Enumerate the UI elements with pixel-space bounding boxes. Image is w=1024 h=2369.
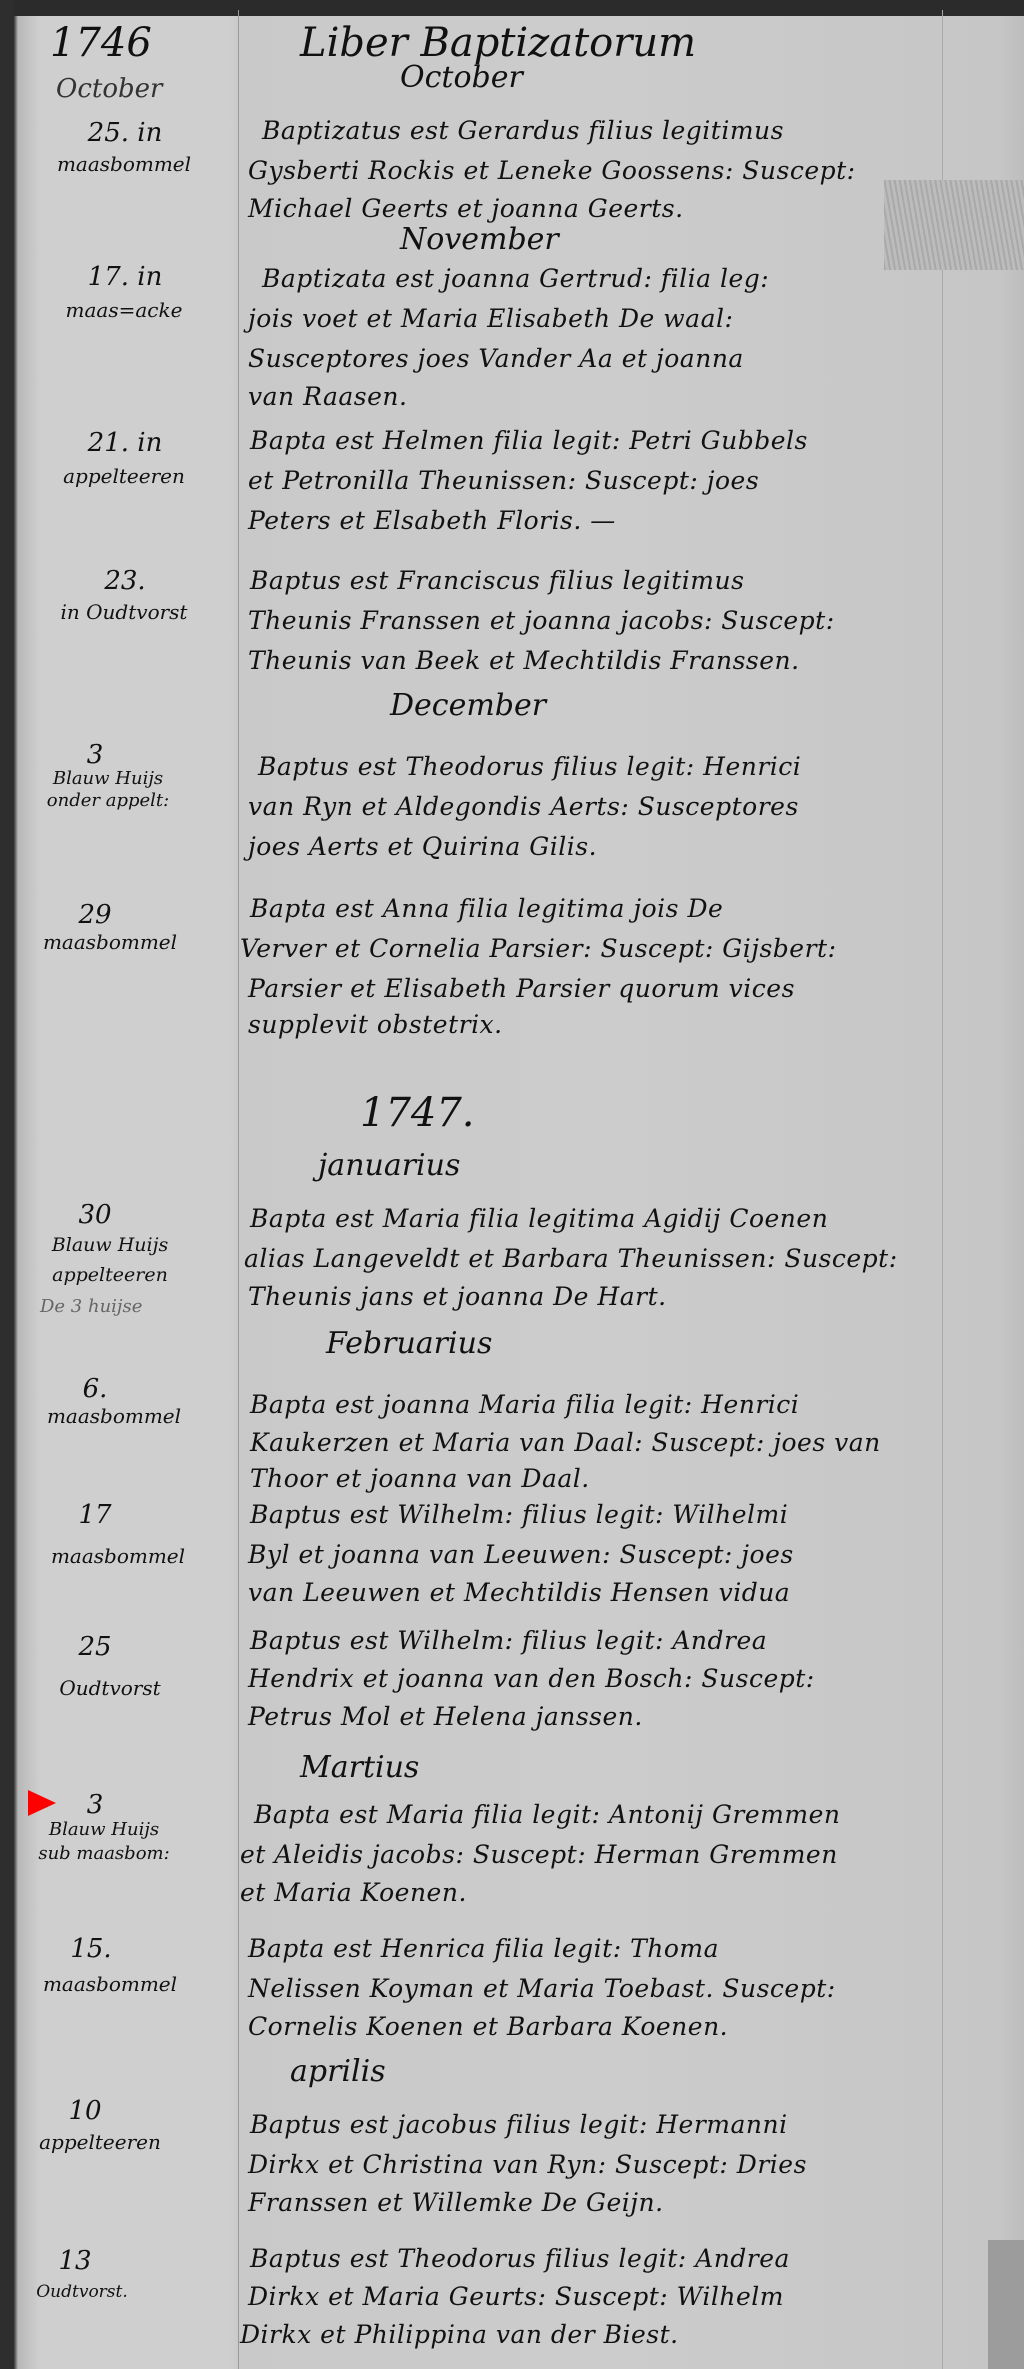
entry-date: 17 [0, 1500, 200, 1530]
entry-line: Gysberti Rockis et Leneke Goossens: Susc… [248, 156, 856, 185]
entry-place-note: De 3 huijse [40, 1296, 142, 1317]
entry-line: van Ryn et Aldegondis Aerts: Susceptores [248, 792, 799, 821]
entry-line: Baptus est Theodorus filius legit: Henri… [258, 752, 801, 781]
entry-line: van Leeuwen et Mechtildis Hensen vidua [248, 1578, 790, 1607]
entry-line: alias Langeveldt et Barbara Theunissen: … [244, 1244, 898, 1273]
entry-line: joes Aerts et Quirina Gilis. [248, 832, 597, 861]
entry-place: Blauw Huijs onder appelt: [0, 768, 218, 812]
entry-place: maasbommel [8, 1542, 228, 1570]
entry-line: Kaukerzen et Maria van Daal: Suscept: jo… [250, 1428, 881, 1457]
entry-place: appelteeren [0, 2128, 210, 2156]
entry-place: maasbommel [0, 928, 220, 956]
entry-line: Baptizatus est Gerardus filius legitimus [262, 116, 784, 145]
entry-date: 23. [20, 566, 230, 596]
entry-line: Theunis jans et joanna De Hart. [248, 1282, 667, 1311]
year-margin: 1746 [50, 20, 152, 66]
entry-place: Oudtvorst. [0, 2278, 192, 2306]
entry-date: 15. [0, 1934, 196, 1964]
entry-line: Peters et Elsabeth Floris. — [248, 506, 616, 535]
entry-date: 13 [0, 2246, 180, 2276]
entry-line: Verver et Cornelia Parsier: Suscept: Gij… [240, 934, 837, 963]
entry-line: Baptus est Franciscus filius legitimus [250, 566, 744, 595]
entry-line: Byl et joanna van Leeuwen: Suscept: joes [248, 1540, 794, 1569]
entry-date: 17. in [20, 262, 230, 292]
entry-line: supplevit obstetrix. [248, 1010, 503, 1039]
month-heading-november: November [400, 222, 559, 257]
entry-place: Blauw Huijs sub maasbom: [0, 1818, 214, 1866]
entry-line: et Aleidis jacobs: Suscept: Herman Gremm… [240, 1840, 838, 1869]
entry-line: Dirkx et Philippina van der Biest. [240, 2320, 679, 2349]
entry-line: Cornelis Koenen et Barbara Koenen. [248, 2012, 728, 2041]
entry-date: 25. in [20, 118, 230, 148]
entry-line: Parsier et Elisabeth Parsier quorum vice… [248, 974, 795, 1003]
book-spine [0, 0, 14, 2369]
month-heading-december: December [390, 688, 546, 723]
entry-place: maas=acke [14, 296, 234, 324]
entry-line: et Maria Koenen. [240, 1878, 467, 1907]
entry-date: 25 [0, 1632, 200, 1662]
entry-line: Dirkx et Maria Geurts: Suscept: Wilhelm [248, 2282, 784, 2311]
paper-shadow [988, 2240, 1024, 2369]
entry-line: Franssen et Willemke De Geijn. [248, 2188, 664, 2217]
entry-line: Nelissen Koyman et Maria Toebast. Suscep… [248, 1974, 836, 2003]
entry-place: appelteeren [14, 462, 234, 490]
entry-line: Baptizata est joanna Gertrud: filia leg: [262, 264, 769, 293]
entry-line: Baptus est Theodorus filius legit: Andre… [250, 2244, 790, 2273]
month-heading-aprilis: aprilis [290, 2054, 386, 2089]
entry-line: Petrus Mol et Helena janssen. [248, 1702, 643, 1731]
month-heading-martius: Martius [300, 1750, 419, 1785]
entry-place: maasbommel [14, 150, 234, 178]
entry-place: in Oudtvorst [14, 598, 234, 626]
entry-place: Oudtvorst [0, 1674, 220, 1702]
entry-line: Susceptores joes Vander Aa et joanna [248, 344, 744, 373]
entry-line: et Petronilla Theunissen: Suscept: joes [248, 466, 759, 495]
entry-line: van Raasen. [248, 382, 407, 411]
entry-line: Bapta est Helmen filia legit: Petri Gubb… [250, 426, 808, 455]
entry-line: Theunis van Beek et Mechtildis Franssen. [248, 646, 800, 675]
right-rule [942, 10, 943, 2369]
page-top-edge [0, 0, 1024, 16]
paper-patch [884, 180, 1024, 270]
entry-line: Michael Geerts et joanna Geerts. [248, 194, 684, 223]
entry-place: Blauw Huijs appelteeren [0, 1230, 220, 1290]
entry-line: Bapta est Anna filia legitima jois De [250, 894, 723, 923]
entry-date: 30 [0, 1200, 200, 1230]
entry-line: Bapta est Maria filia legitima Agidij Co… [250, 1204, 828, 1233]
entry-line: Baptus est Wilhelm: filius legit: Wilhel… [250, 1500, 788, 1529]
register-page: 1746 October Liber Baptizatorum October … [0, 0, 1024, 2369]
entry-place: maasbommel [0, 1970, 220, 1998]
entry-date: 3 [0, 1790, 200, 1820]
entry-line: Dirkx et Christina van Ryn: Suscept: Dri… [248, 2150, 807, 2179]
entry-date: 21. in [20, 428, 230, 458]
entry-line: Thoor et joanna van Daal. [250, 1464, 590, 1493]
month-heading-januarius: januarius [318, 1148, 460, 1183]
entry-line: Baptus est Wilhelm: filius legit: Andrea [250, 1626, 767, 1655]
entry-date: 29 [0, 900, 200, 930]
margin-rule [238, 10, 239, 2369]
entry-date: 10 [0, 2096, 190, 2126]
entry-line: Theunis Franssen et joanna jacobs: Susce… [248, 606, 835, 635]
entry-place: maasbommel [4, 1402, 224, 1430]
entry-date: 6. [0, 1374, 200, 1404]
entry-line: Hendrix et joanna van den Bosch: Suscept… [248, 1664, 815, 1693]
year-heading-1747: 1747. [360, 1090, 475, 1136]
entry-date: 3 [0, 740, 200, 770]
entry-line: Bapta est Henrica filia legit: Thoma [248, 1934, 719, 1963]
month-heading-october: October [400, 60, 523, 95]
entry-line: jois voet et Maria Elisabeth De waal: [248, 304, 733, 333]
entry-line: Bapta est Maria filia legit: Antonij Gre… [254, 1800, 840, 1829]
month-margin: October [56, 74, 162, 104]
entry-line: Baptus est jacobus filius legit: Hermann… [250, 2110, 788, 2139]
entry-line: Bapta est joanna Maria filia legit: Henr… [250, 1390, 799, 1419]
month-heading-februarius: Februarius [326, 1326, 492, 1361]
